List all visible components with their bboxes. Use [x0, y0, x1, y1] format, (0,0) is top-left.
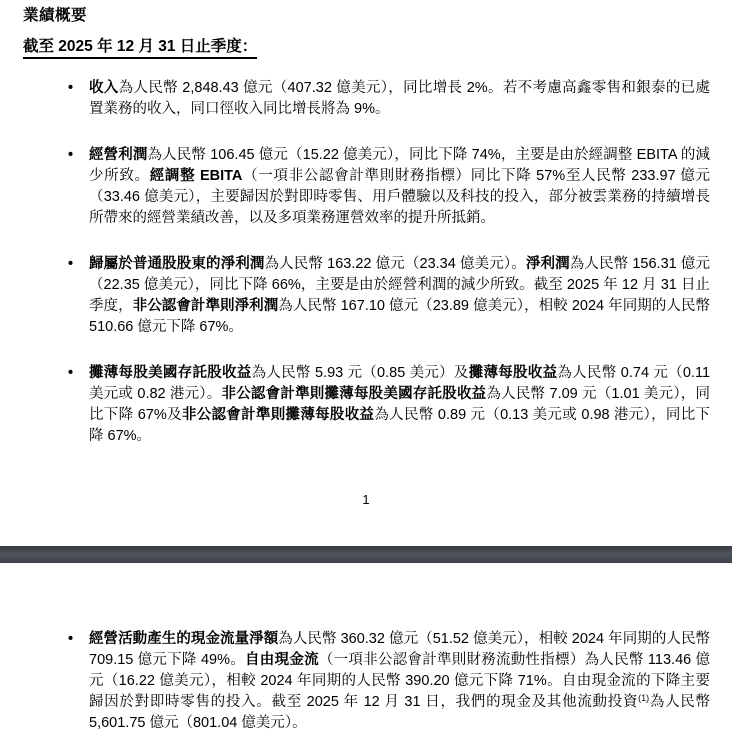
- bullet-operating-profit: • 經營利潤為人民幣 106.45 億元（15.22 億美元），同比下降 74%…: [68, 145, 710, 229]
- bullet-net-income-text: 歸屬於普通股股東的淨利潤為人民幣 163.22 億元（23.34 億美元）。淨利…: [89, 254, 710, 338]
- period-subheading: 截至 2025 年 12 月 31 日止季度：: [23, 38, 710, 59]
- highlights-list-continued: • 經營活動產生的現金流量淨額為人民幣 360.32 億元（51.52 億美元）…: [23, 629, 710, 734]
- bullet-diluted-eps: • 攤薄每股美國存託股收益為人民幣 5.93 元（0.85 美元）及攤薄每股收益…: [68, 363, 710, 447]
- page-1: 業績概要 截至 2025 年 12 月 31 日止季度： • 收入為人民幣 2,…: [0, 0, 732, 546]
- highlights-list: • 收入為人民幣 2,848.43 億元（407.32 億美元），同比增長 2%…: [23, 78, 710, 447]
- results-document: 業績概要 截至 2025 年 12 月 31 日止季度： • 收入為人民幣 2,…: [0, 0, 732, 741]
- bullet-dot-icon: •: [68, 363, 89, 447]
- section-heading-performance-summary: 業績概要: [23, 7, 710, 24]
- bullet-diluted-eps-text: 攤薄每股美國存託股收益為人民幣 5.93 元（0.85 美元）及攤薄每股收益為人…: [89, 363, 710, 447]
- bullet-operating-profit-text: 經營利潤為人民幣 106.45 億元（15.22 億美元），同比下降 74%，主…: [89, 145, 710, 229]
- page-number: 1: [0, 492, 732, 507]
- bullet-revenue: • 收入為人民幣 2,848.43 億元（407.32 億美元），同比增長 2%…: [68, 78, 710, 120]
- period-subheading-text: 截至 2025 年 12 月 31 日止季度：: [23, 38, 257, 59]
- bullet-dot-icon: •: [68, 145, 89, 229]
- bullet-dot-icon: •: [68, 629, 89, 734]
- bullet-dot-icon: •: [68, 78, 89, 120]
- bullet-cash-flow-text: 經營活動產生的現金流量淨額為人民幣 360.32 億元（51.52 億美元），相…: [89, 629, 710, 734]
- page-separator-bar: [0, 546, 732, 563]
- bullet-revenue-text: 收入為人民幣 2,848.43 億元（407.32 億美元），同比增長 2%。若…: [89, 78, 710, 120]
- bullet-dot-icon: •: [68, 254, 89, 338]
- page-2: • 經營活動產生的現金流量淨額為人民幣 360.32 億元（51.52 億美元）…: [0, 563, 732, 741]
- bullet-cash-flow: • 經營活動產生的現金流量淨額為人民幣 360.32 億元（51.52 億美元）…: [68, 629, 710, 734]
- bullet-net-income: • 歸屬於普通股股東的淨利潤為人民幣 163.22 億元（23.34 億美元）。…: [68, 254, 710, 338]
